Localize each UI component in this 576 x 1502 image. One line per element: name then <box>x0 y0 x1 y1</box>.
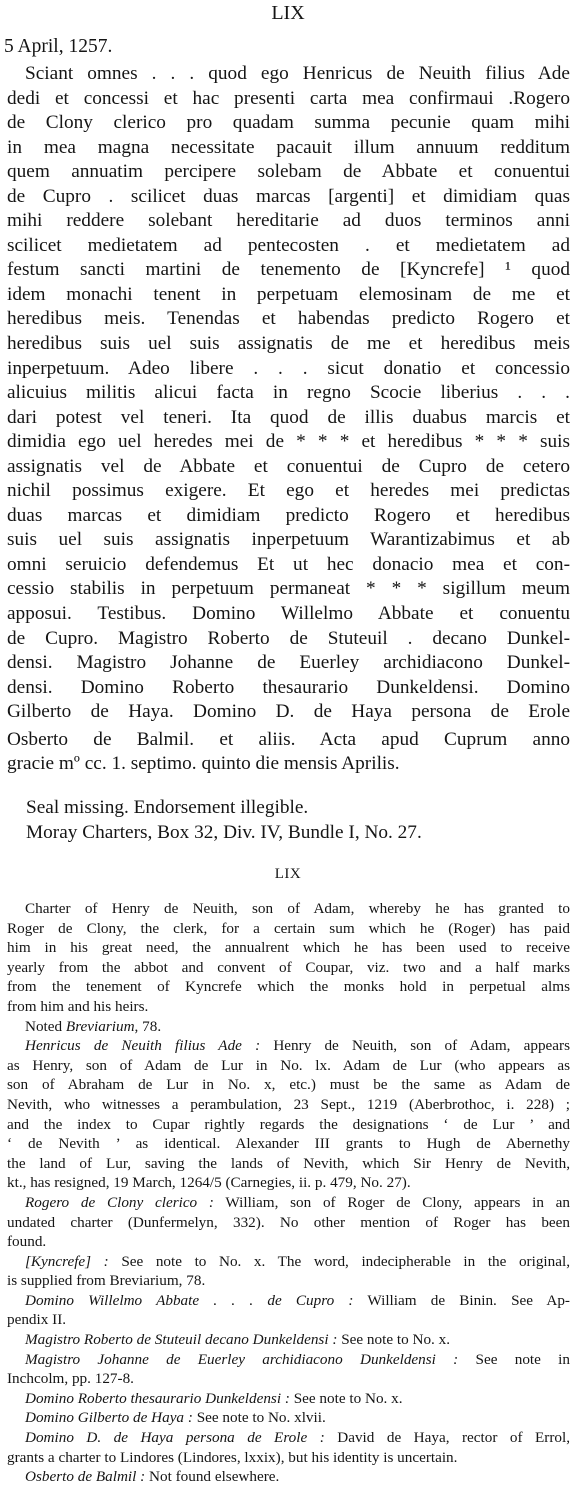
text-line: heredibus suis uel suis assignatis de me… <box>7 332 570 357</box>
note-line: is supplied from Breviarium, 78. <box>7 1271 570 1291</box>
note-lemma: Osberto de Balmil : <box>25 1468 145 1485</box>
translation-summary: Charter of Henry de Neuith, son of Adam,… <box>7 899 570 1487</box>
archival-notes: Seal missing. Endorsement illegible. Mor… <box>26 796 422 845</box>
charter-date: 5 April, 1257. <box>4 36 112 58</box>
text-line: omni seruicio defendemus Et ut hec donac… <box>7 553 570 578</box>
note-line: ‘ de Nevith ’ as identical. Alexander II… <box>7 1134 570 1154</box>
note-lemma: Magistro Johanne de Euerley archidiacono… <box>25 1351 458 1368</box>
note-lemma: Rogero de Clony clerico : <box>25 1194 214 1211</box>
translation-heading: LIX <box>0 866 576 883</box>
text-line: suis uel suis assignatis inperpetuum War… <box>7 528 570 553</box>
note-lemma: Domino Willelmo Abbate . . . de Cupro : <box>25 1292 353 1309</box>
note-text: See note to No. xlvii. <box>193 1409 326 1426</box>
note-lemma: [Kyncrefe] : <box>25 1253 109 1270</box>
text-line: Roger de Clony, the clerk, for a certain… <box>7 919 570 939</box>
text-line: mihi reddere solebant hereditarie ad duo… <box>7 209 570 234</box>
text-line: densi. Magistro Johanne de Euerley archi… <box>7 651 570 676</box>
note-line: undated charter (Dunfermelyn, 332). No o… <box>7 1213 570 1233</box>
noted-source: Breviarium <box>66 1018 135 1035</box>
noted-reference: Noted Breviarium, 78. <box>7 1017 570 1037</box>
text-line: festum sancti martini de tenemento de [K… <box>7 258 570 283</box>
note-text: See note to No. x. <box>290 1390 403 1407</box>
latin-charter-text: Sciant omnes . . . quod ego Henricus de … <box>7 62 570 777</box>
note-text: See note to No. x. The word, indeciphera… <box>109 1253 570 1270</box>
note-line: grants a charter to Lindores (Lindores, … <box>7 1448 570 1468</box>
note-text: See note to No. x. <box>337 1331 450 1348</box>
note-text: Not found elsewhere. <box>145 1468 279 1485</box>
note-line: son of Abraham de Lur in No. x, etc.) mu… <box>7 1075 570 1095</box>
text-line: yearly from the abbot and convent of Cou… <box>7 958 570 978</box>
text-line: duas marcas et dimidiam predicto Rogero … <box>7 504 570 529</box>
note-lemma: Domino Roberto thesaurario Dunkeldensi : <box>25 1390 290 1407</box>
text-line: alicuius militis alicui facta in regno S… <box>7 381 570 406</box>
text-line: cessio stabilis in perpetuum permaneat *… <box>7 577 570 602</box>
note-text: David de Haya, rector of Errol, <box>325 1429 570 1446</box>
note-lemma: Domino D. de Haya persona de Erole : <box>25 1429 325 1446</box>
note-text: William de Binin. See Ap- <box>353 1292 570 1309</box>
note-line: found. <box>7 1232 570 1252</box>
text-line: quem annuatim percipere solebam de Abbat… <box>7 160 570 185</box>
note-line: Domino Gilberto de Haya : See note to No… <box>7 1408 570 1428</box>
text-line: Charter of Henry de Neuith, son of Adam,… <box>7 899 570 919</box>
note-line: the land of Lur, saving the lands of Nev… <box>7 1154 570 1174</box>
text-line: from him and his heirs. <box>7 997 570 1017</box>
text-line: Gilberto de Haya. Domino D. de Haya pers… <box>7 700 570 725</box>
text-line: de Clony clerico pro quadam summa pecuni… <box>7 111 570 136</box>
text-line: in mea magna necessitate pacauit illum a… <box>7 136 570 161</box>
text-line: de Cupro. Magistro Roberto de Stuteuil .… <box>7 627 570 652</box>
note-line: Magistro Roberto de Stuteuil decano Dunk… <box>7 1330 570 1350</box>
text-line: nichil possimus exigere. Et ego et hered… <box>7 479 570 504</box>
text-line: Osberto de Balmil. et aliis. Acta apud C… <box>7 728 570 753</box>
text-line: inperpetuum. Adeo libere . . . sicut don… <box>7 357 570 382</box>
note-line: Osberto de Balmil : Not found elsewhere. <box>7 1467 570 1487</box>
text-line: Sciant omnes . . . quod ego Henricus de … <box>7 62 570 87</box>
note-line: Rogero de Clony clerico : William, son o… <box>7 1193 570 1213</box>
text-line: gracie mº cc. 1. septimo. quinto die men… <box>7 752 570 777</box>
note-line: Henricus de Neuith filius Ade : Henry de… <box>7 1036 570 1056</box>
text-line: de Cupro . scilicet duas marcas [argenti… <box>7 185 570 210</box>
note-line: Domino Roberto thesaurario Dunkeldensi :… <box>7 1389 570 1409</box>
note-line: kt., has resigned, 19 March, 1264/5 (Car… <box>7 1173 570 1193</box>
note-lemma: Domino Gilberto de Haya : <box>25 1409 193 1426</box>
text-line: idem monachi tenent in perpetuam elemosi… <box>7 283 570 308</box>
text-line: scilicet medietatem ad pentecosten . et … <box>7 234 570 259</box>
charter-number-heading: LIX <box>0 2 576 25</box>
text-line: dari potest vel teneri. Ita quod de illi… <box>7 406 570 431</box>
text-line: heredibus meis. Tenendas et habendas pre… <box>7 307 570 332</box>
note-text: See note in <box>458 1351 570 1368</box>
text-line: him in his great need, the annualrent wh… <box>7 938 570 958</box>
note-line: Domino D. de Haya persona de Erole : Dav… <box>7 1428 570 1448</box>
seal-note: Seal missing. Endorsement illegible. <box>26 796 422 821</box>
text-line: dimidia ego uel heredes mei de * * * et … <box>7 430 570 455</box>
text-line: from the tenement of Kyncrefe which the … <box>7 977 570 997</box>
noted-prefix: Noted <box>25 1018 66 1035</box>
text-line: dedi et concessi et hac presenti carta m… <box>7 87 570 112</box>
note-line: pendix II. <box>7 1310 570 1330</box>
note-text: Henry de Neuith, son of Adam, appears <box>260 1037 570 1054</box>
note-line: [Kyncrefe] : See note to No. x. The word… <box>7 1252 570 1272</box>
note-line: Magistro Johanne de Euerley archidiacono… <box>7 1350 570 1370</box>
note-line: Domino Willelmo Abbate . . . de Cupro : … <box>7 1291 570 1311</box>
source-reference: Moray Charters, Box 32, Div. IV, Bundle … <box>26 821 422 846</box>
note-line: Nevith, who witnesses a perambulation, 2… <box>7 1095 570 1115</box>
note-line: and the index to Cupar rightly regards t… <box>7 1115 570 1135</box>
note-text: William, son of Roger de Clony, appears … <box>214 1194 570 1211</box>
noted-suffix: , 78. <box>135 1018 162 1035</box>
note-line: Inchcolm, pp. 127-8. <box>7 1369 570 1389</box>
note-line: as Henry, son of Adam de Lur in No. lx. … <box>7 1056 570 1076</box>
text-line: apposui. Testibus. Domino Willelmo Abbat… <box>7 602 570 627</box>
text-line: assignatis vel de Abbate et conuentui de… <box>7 455 570 480</box>
text-line: densi. Domino Roberto thesaurario Dunkel… <box>7 676 570 701</box>
note-lemma: Magistro Roberto de Stuteuil decano Dunk… <box>25 1331 337 1348</box>
note-lemma: Henricus de Neuith filius Ade : <box>25 1037 260 1054</box>
